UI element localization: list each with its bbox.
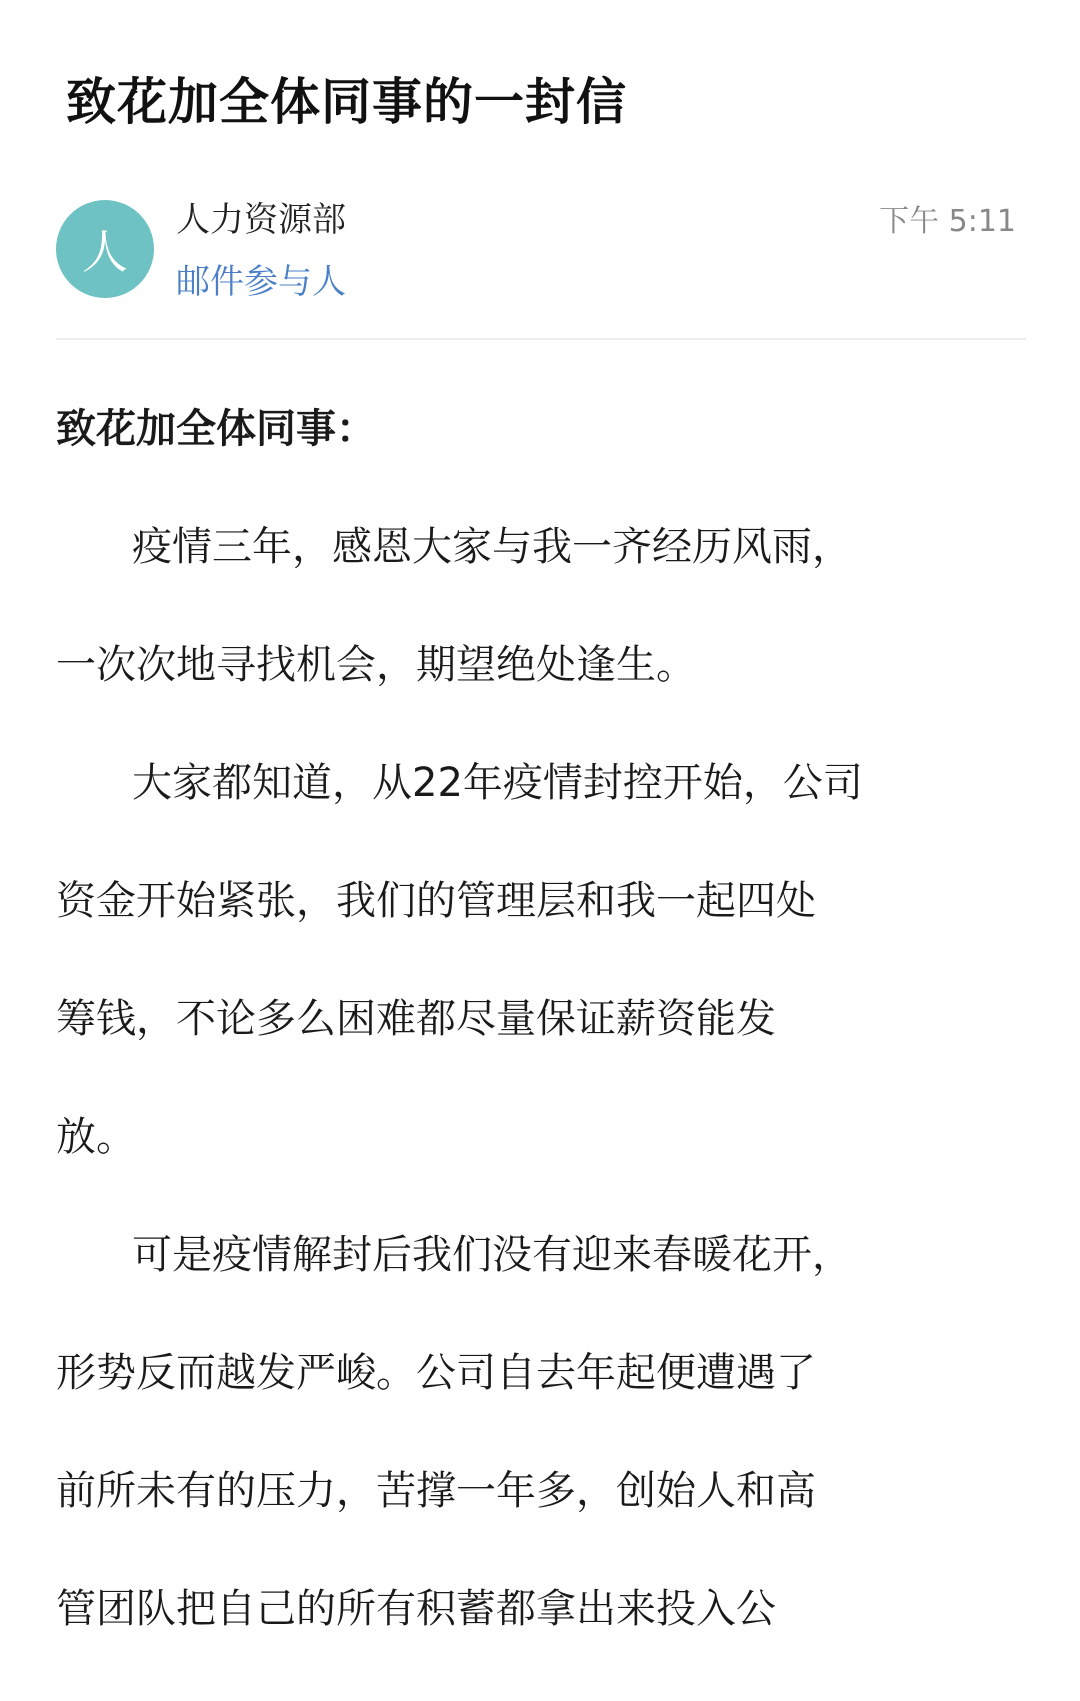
email-greeting: 致花加全体同事： bbox=[56, 405, 1036, 523]
body-line: 资金开始紧张，我们的管理层和我一起四处 bbox=[56, 877, 1036, 995]
body-line: 可是疫情解封后我们没有迎来春暖花开， bbox=[56, 1231, 1036, 1349]
body-line: 放。 bbox=[56, 1113, 1036, 1231]
avatar-letter: 人 bbox=[82, 216, 128, 282]
body-line: 大家都知道，从22年疫情封控开始，公司 bbox=[56, 759, 1036, 877]
body-line: 管团队把自己的所有积蓄都拿出来投入公 bbox=[56, 1585, 1036, 1701]
email-header: 人 人力资源部 邮件参与人 下午 5:11 bbox=[56, 188, 1026, 308]
body-line: 疫情三年，感恩大家与我一齐经历风雨， bbox=[56, 523, 1036, 641]
participants-link[interactable]: 邮件参与人 bbox=[176, 254, 346, 303]
sender-name[interactable]: 人力资源部 bbox=[176, 192, 346, 241]
body-line: 一次次地寻找机会，期望绝处逢生。 bbox=[56, 641, 1036, 759]
email-timestamp: 下午 5:11 bbox=[879, 196, 1016, 240]
sender-avatar[interactable]: 人 bbox=[56, 200, 154, 298]
email-body: 致花加全体同事： 疫情三年，感恩大家与我一齐经历风雨， 一次次地寻找机会，期望绝… bbox=[56, 405, 1036, 1701]
body-line: 前所未有的压力，苦撑一年多，创始人和高 bbox=[56, 1467, 1036, 1585]
email-subject: 致花加全体同事的一封信 bbox=[66, 62, 627, 134]
header-divider bbox=[56, 338, 1026, 340]
body-line: 筹钱，不论多么困难都尽量保证薪资能发 bbox=[56, 995, 1036, 1113]
body-line: 形势反而越发严峻。公司自去年起便遭遇了 bbox=[56, 1349, 1036, 1467]
